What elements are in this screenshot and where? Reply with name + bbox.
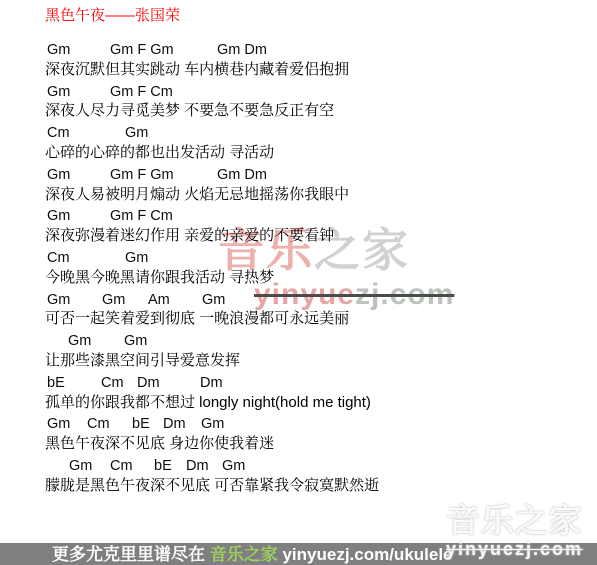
chord-label: Cm [110,456,133,476]
lyric-text: 朦胧是黑色午夜深不见底 可否靠紧我令寂寞默然逝 [0,476,597,497]
lyric-text: 深夜人易被明月煽动 火焰无忌地摇荡你我眼中 [0,185,597,206]
lyric-text: 深夜弥漫着迷幻作用 亲爱的亲爱的不要看钟 [0,226,597,247]
chord-label: bE [154,456,172,476]
chord-label: bE [132,414,150,434]
chord-label: Dm [137,373,160,393]
lyric-line: 今晚黑今晚黑请你跟我活动 寻热梦 [0,268,597,289]
chord-label: bE [47,373,65,393]
lyric-line: 深夜弥漫着迷幻作用 亲爱的亲爱的不要看钟 [0,226,597,247]
lyric-line: 朦胧是黑色午夜深不见底 可否靠紧我令寂寞默然逝 [0,476,597,497]
lyric-text: 今晚黑今晚黑请你跟我活动 寻热梦 [0,268,597,289]
song-title: 黑色午夜——张国荣 [45,5,180,26]
chord-line: CmGm [0,122,597,143]
chord-line: GmGm F Cm [0,81,597,102]
lyric-text: 可否一起笑着爱到彻底 一晚浪漫都可永远美丽 [0,309,597,330]
chord-label: Gm [222,456,245,476]
footer-brand: 音乐之家 [210,545,278,564]
chord-line: GmGm F Cm [0,205,597,226]
chord-line: GmCmbEDmGm [0,455,597,476]
chord-label: Gm Dm [217,40,267,60]
lyric-text: 心碎的心碎的都也出发活动 寻活动 [0,143,597,164]
footer-text: 更多尤克里里谱尽在 音乐之家 yinyuezj.com/ukulele [52,543,453,565]
chord-line: CmGm [0,247,597,268]
chord-line: GmCmbEDmGm [0,413,597,434]
lyric-text: 孤单的你跟我都不想过 longly night(hold me tight) [0,393,597,414]
chord-label: Gm [124,331,147,351]
chord-line: GmGm F GmGm Dm [0,164,597,185]
chord-label: Cm [87,414,110,434]
lyric-text: 黑色午夜深不见底 身边你使我着迷 [0,434,597,455]
lyric-line: 深夜沉默但其实跳动 车内横巷内藏着爱侣抱拥 [0,60,597,81]
footer-url: yinyuezj.com/ukulele [278,545,453,564]
lyric-line: 孤单的你跟我都不想过 longly night(hold me tight) [0,393,597,414]
footer-bar: 更多尤克里里谱尽在 音乐之家 yinyuezj.com/ukulele [0,543,597,565]
lyric-line: 深夜人尽力寻觅美梦 不要急不要急反正有空 [0,101,597,122]
chord-label: Gm F Gm [110,165,174,185]
chord-label: Gm [68,331,91,351]
chord-label: Gm F Cm [110,82,173,102]
chord-label: Dm [186,456,209,476]
chord-label: Gm F Cm [110,206,173,226]
chord-label: Gm Dm [217,165,267,185]
lyric-line: 黑色午夜深不见底 身边你使我着迷 [0,434,597,455]
lyric-text: 让那些漆黑空间引导爱意发挥 [0,351,597,372]
chord-label: Gm [125,123,148,143]
lyric-line: 让那些漆黑空间引导爱意发挥 [0,351,597,372]
chord-label: Gm [47,82,70,102]
chord-label: Am [148,290,170,310]
chord-label: Cm [47,248,70,268]
chord-sheet-page: 黑色午夜——张国荣 GmGm F GmGm Dm深夜沉默但其实跳动 车内横巷内藏… [0,0,597,565]
chord-line: GmGm [0,330,597,351]
chord-label: Dm [200,373,223,393]
chord-label: Gm [102,290,125,310]
lyric-line: 深夜人易被明月煽动 火焰无忌地摇荡你我眼中 [0,185,597,206]
lyric-line: 心碎的心碎的都也出发活动 寻活动 [0,143,597,164]
chord-label: Gm [47,414,70,434]
chord-label: Dm [163,414,186,434]
chord-label: Gm [47,40,70,60]
lyric-text: 深夜沉默但其实跳动 车内横巷内藏着爱侣抱拥 [0,60,597,81]
chord-label: Gm F Gm [110,40,174,60]
footer-prefix: 更多尤克里里谱尽在 [52,545,210,564]
chord-label: Gm [202,290,225,310]
bottom-watermark-brand: 音乐之家 [446,503,583,539]
chord-label: Gm [47,206,70,226]
chord-label: Gm [125,248,148,268]
chord-label: Cm [101,373,124,393]
lyric-line: 可否一起笑着爱到彻底 一晚浪漫都可永远美丽 [0,309,597,330]
chord-line: bECmDmDm [0,372,597,393]
chord-label: Gm [47,290,70,310]
lyric-text: 深夜人尽力寻觅美梦 不要急不要急反正有空 [0,101,597,122]
chord-label: Cm [47,123,70,143]
chord-line: GmGmAmGm [0,289,597,310]
chord-label: Gm [201,414,224,434]
chord-label: Gm [69,456,92,476]
chord-line: GmGm F GmGm Dm [0,39,597,60]
chord-sheet-lines: GmGm F GmGm Dm深夜沉默但其实跳动 车内横巷内藏着爱侣抱拥GmGm … [0,39,597,497]
chord-label: Gm [47,165,70,185]
